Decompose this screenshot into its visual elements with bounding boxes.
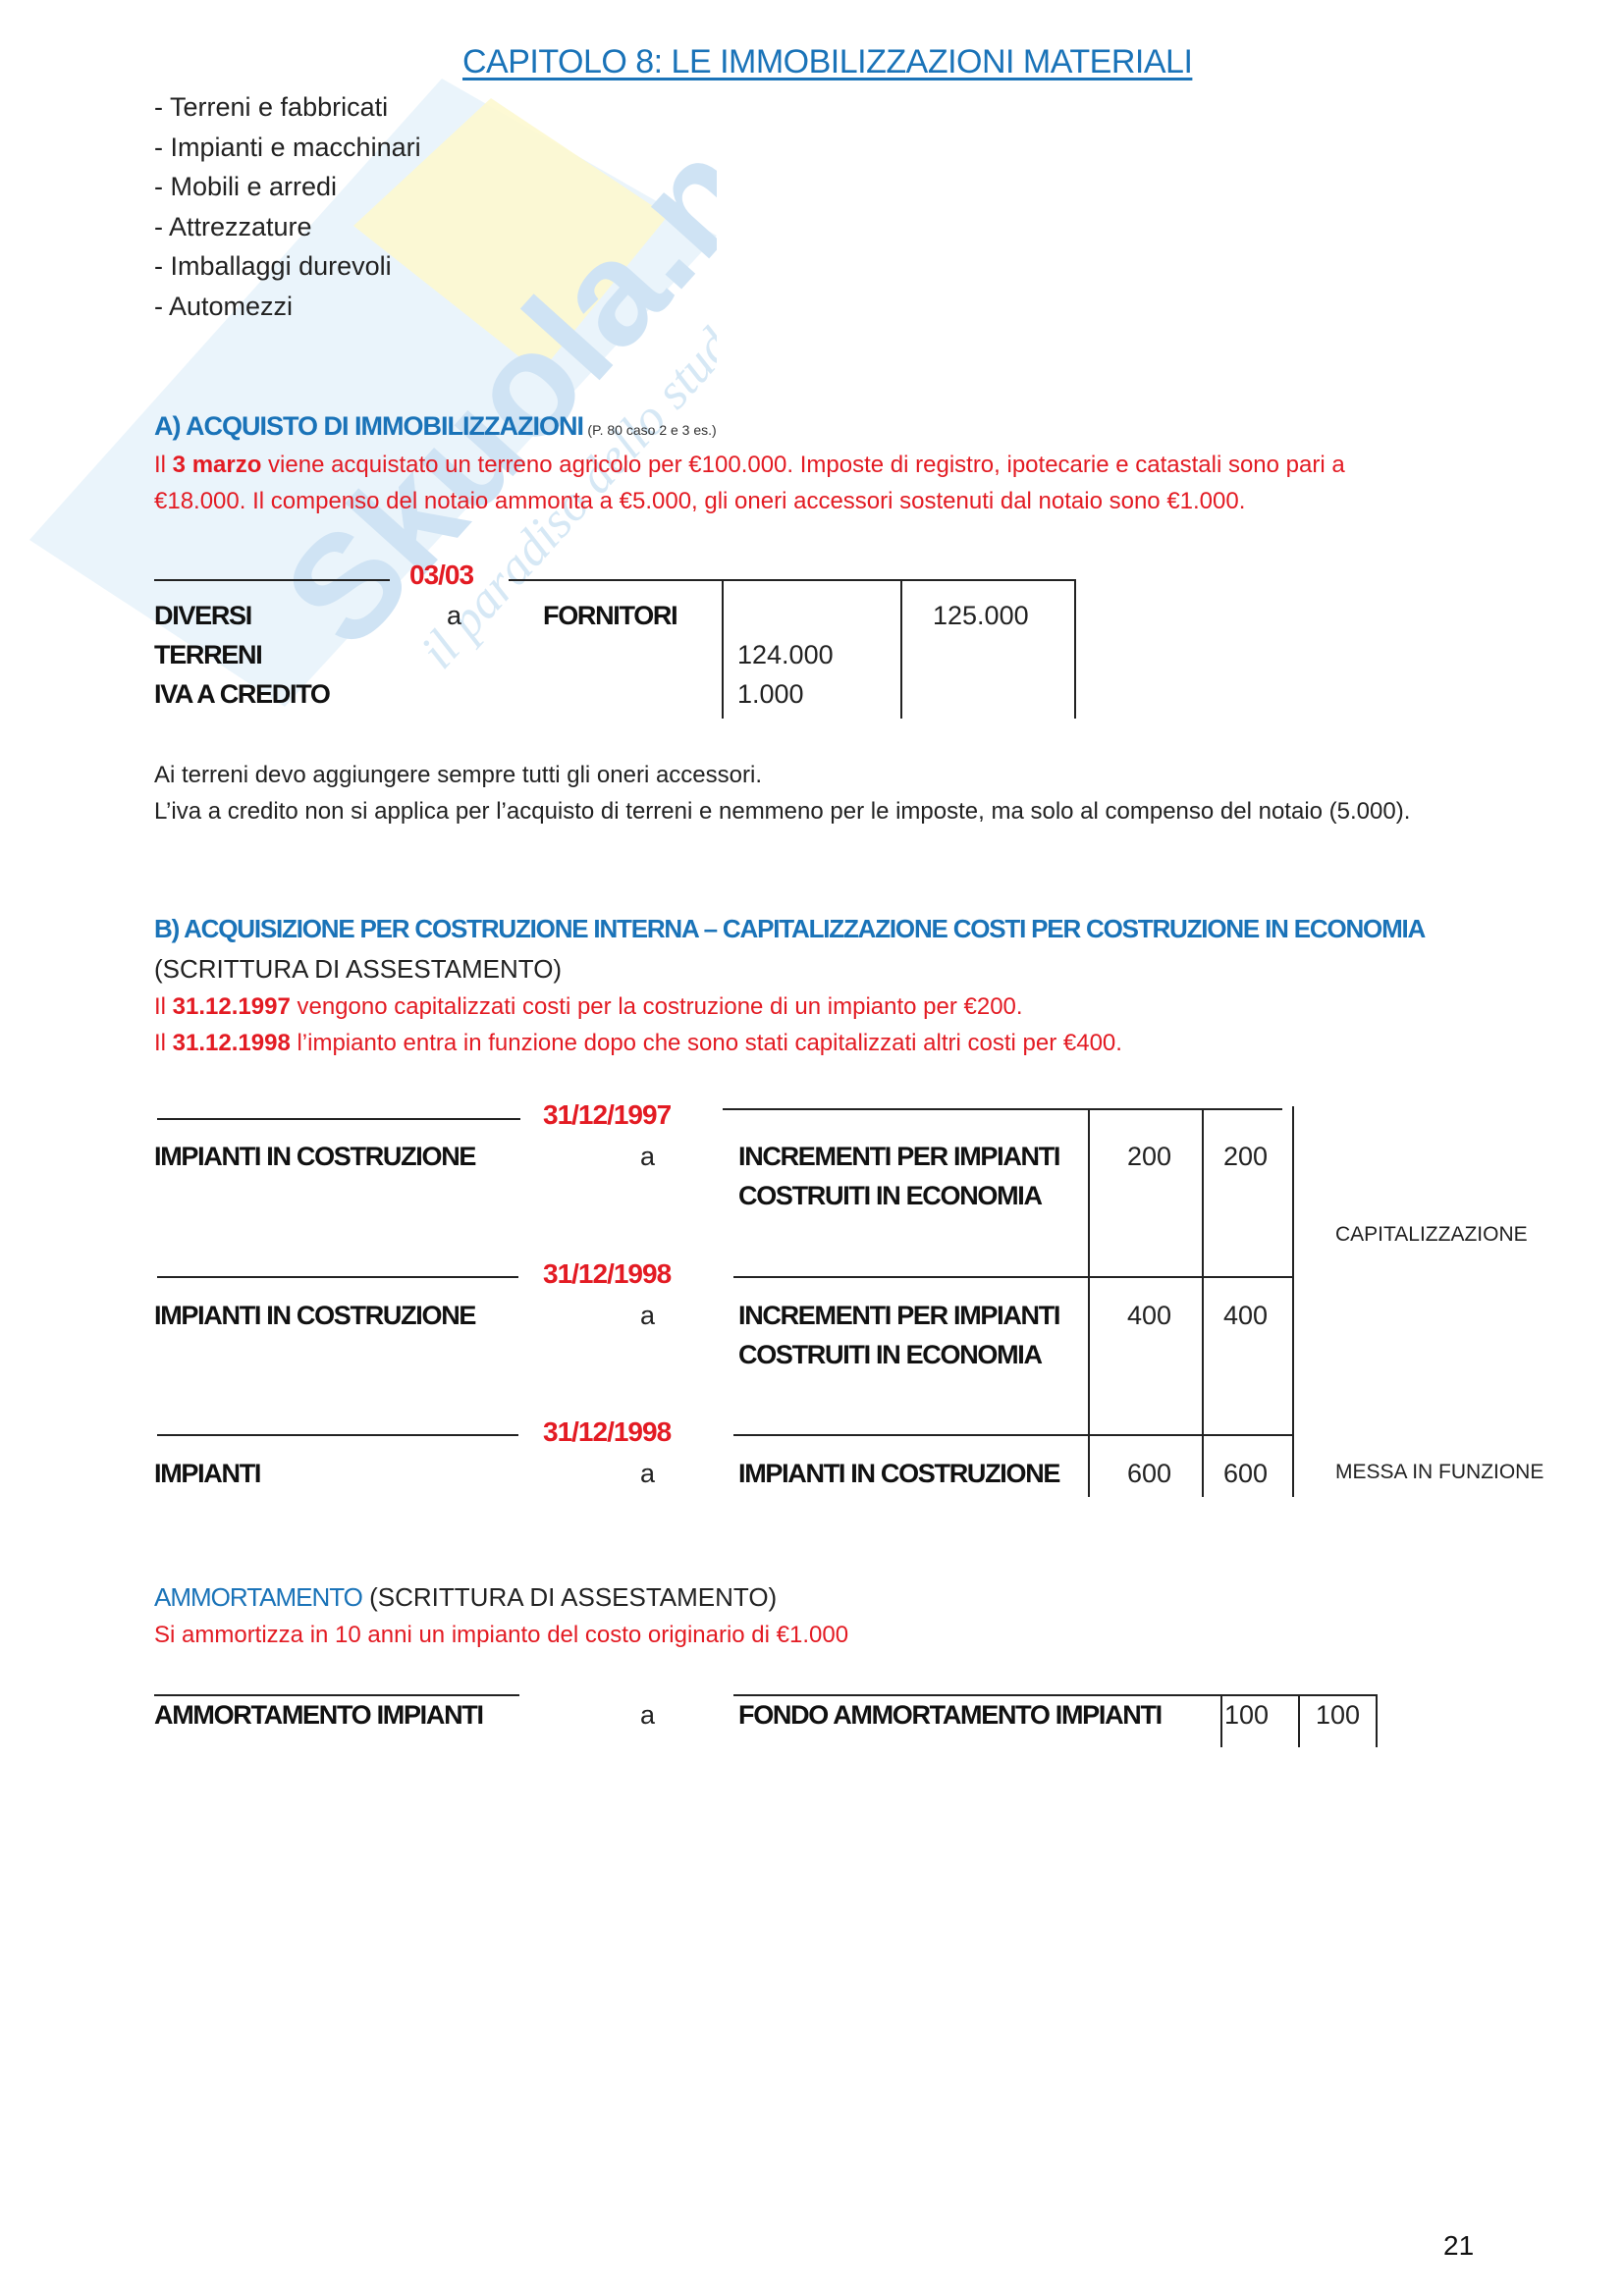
section-a-problem-line1: Il 3 marzo viene acquistato un terreno a… xyxy=(154,452,1345,479)
credit-account: INCREMENTI PER IMPIANTI xyxy=(738,1142,1059,1172)
connector: a xyxy=(447,601,461,631)
svg-text:Skuola.net: Skuola.net xyxy=(252,79,717,676)
section-c-problem: Si ammortizza in 10 anni un impianto del… xyxy=(154,1622,848,1649)
debit-amount: 100 xyxy=(1224,1700,1269,1731)
debit-amount: 124.000 xyxy=(737,640,834,670)
entry-rule xyxy=(154,1694,519,1696)
debit-account: AMMORTAMENTO IMPIANTI xyxy=(154,1700,483,1731)
section-b-title: B) ACQUISIZIONE PER COSTRUZIONE INTERNA … xyxy=(154,914,1425,944)
credit-account: COSTRUITI IN ECONOMIA xyxy=(738,1181,1042,1211)
entry-rule xyxy=(157,1276,518,1278)
credit-account: IMPIANTI IN COSTRUZIONE xyxy=(738,1459,1059,1489)
list-item: - Imballaggi durevoli xyxy=(154,251,392,282)
debit-account: IVA A CREDITO xyxy=(154,679,330,710)
entry-rule xyxy=(733,1276,1293,1278)
entry-rule xyxy=(733,1434,1293,1436)
section-c-subtitle: (SCRITTURA DI ASSESTAMENTO) xyxy=(362,1582,777,1612)
credit-account: COSTRUITI IN ECONOMIA xyxy=(738,1340,1042,1370)
debit-account: IMPIANTI IN COSTRUZIONE xyxy=(154,1142,475,1172)
amount-column-divider xyxy=(1088,1108,1090,1497)
section-a-heading: A) ACQUISTO DI IMMOBILIZZAZIONI (P. 80 c… xyxy=(154,411,717,442)
entry-rule xyxy=(509,579,1076,581)
credit-account: INCREMENTI PER IMPIANTI xyxy=(738,1301,1059,1331)
credit-account: FONDO AMMORTAMENTO IMPIANTI xyxy=(738,1700,1162,1731)
list-item: - Mobili e arredi xyxy=(154,172,337,202)
debit-amount: 200 xyxy=(1127,1142,1171,1172)
debit-amount: 1.000 xyxy=(737,679,804,710)
debit-account: DIVERSI xyxy=(154,601,251,631)
entry-date: 31/12/1997 xyxy=(543,1099,671,1131)
section-c-title: AMMORTAMENTO xyxy=(154,1582,362,1612)
list-item: - Terreni e fabbricati xyxy=(154,92,388,123)
amount-column-divider xyxy=(1202,1108,1204,1497)
amount-column-divider xyxy=(1292,1106,1294,1497)
debit-account: TERRENI xyxy=(154,640,261,670)
entry-date: 03/03 xyxy=(409,560,473,591)
credit-amount: 100 xyxy=(1316,1700,1360,1731)
note: L’iva a credito non si applica per l’acq… xyxy=(154,798,1410,826)
debit-account: IMPIANTI xyxy=(154,1459,260,1489)
page-number: 21 xyxy=(1443,2230,1474,2262)
page-title: CAPITOLO 8: LE IMMOBILIZZAZIONI MATERIAL… xyxy=(462,43,1192,81)
amount-column-divider xyxy=(1074,579,1076,719)
problem-date: 3 marzo xyxy=(173,452,262,478)
credit-account: FORNITORI xyxy=(543,601,677,631)
credit-amount: 600 xyxy=(1223,1459,1268,1489)
list-item: - Automezzi xyxy=(154,292,293,322)
connector: a xyxy=(640,1459,655,1489)
list-item: - Impianti e macchinari xyxy=(154,133,421,163)
debit-account: IMPIANTI IN COSTRUZIONE xyxy=(154,1301,475,1331)
amount-column-divider xyxy=(1298,1694,1300,1747)
entry-rule xyxy=(157,1118,520,1120)
section-b-subtitle: (SCRITTURA DI ASSESTAMENTO) xyxy=(154,954,562,985)
amount-column-divider xyxy=(1376,1694,1378,1747)
connector: a xyxy=(640,1142,655,1172)
section-b-problem: Il 31.12.1997 vengono capitalizzati cost… xyxy=(154,993,1023,1021)
amount-column-divider xyxy=(722,579,724,719)
debit-amount: 600 xyxy=(1127,1459,1171,1489)
credit-amount: 200 xyxy=(1223,1142,1268,1172)
entry-date: 31/12/1998 xyxy=(543,1258,671,1290)
section-c-heading: AMMORTAMENTO (SCRITTURA DI ASSESTAMENTO) xyxy=(154,1582,777,1613)
section-a-reference: (P. 80 caso 2 e 3 es.) xyxy=(587,422,716,438)
entry-rule xyxy=(733,1694,1378,1696)
commissioning-label: MESSA IN FUNZIONE xyxy=(1335,1461,1543,1484)
entry-date: 31/12/1998 xyxy=(543,1416,671,1448)
connector: a xyxy=(640,1700,655,1731)
debit-amount: 400 xyxy=(1127,1301,1171,1331)
entry-rule xyxy=(723,1108,1282,1110)
credit-amount: 125.000 xyxy=(933,601,1029,631)
credit-amount: 400 xyxy=(1223,1301,1268,1331)
amount-column-divider xyxy=(900,579,902,719)
list-item: - Attrezzature xyxy=(154,212,312,242)
note: Ai terreni devo aggiungere sempre tutti … xyxy=(154,762,762,789)
capitalization-label: CAPITALIZZAZIONE xyxy=(1335,1223,1528,1247)
section-b-problem: Il 31.12.1998 l’impianto entra in funzio… xyxy=(154,1030,1122,1057)
amount-column-divider xyxy=(1220,1694,1222,1747)
entry-rule xyxy=(157,1434,518,1436)
entry-rule xyxy=(154,579,390,581)
section-a-problem-line2: €18.000. Il compenso del notaio ammonta … xyxy=(154,488,1245,515)
connector: a xyxy=(640,1301,655,1331)
section-a-title: A) ACQUISTO DI IMMOBILIZZAZIONI xyxy=(154,411,583,441)
